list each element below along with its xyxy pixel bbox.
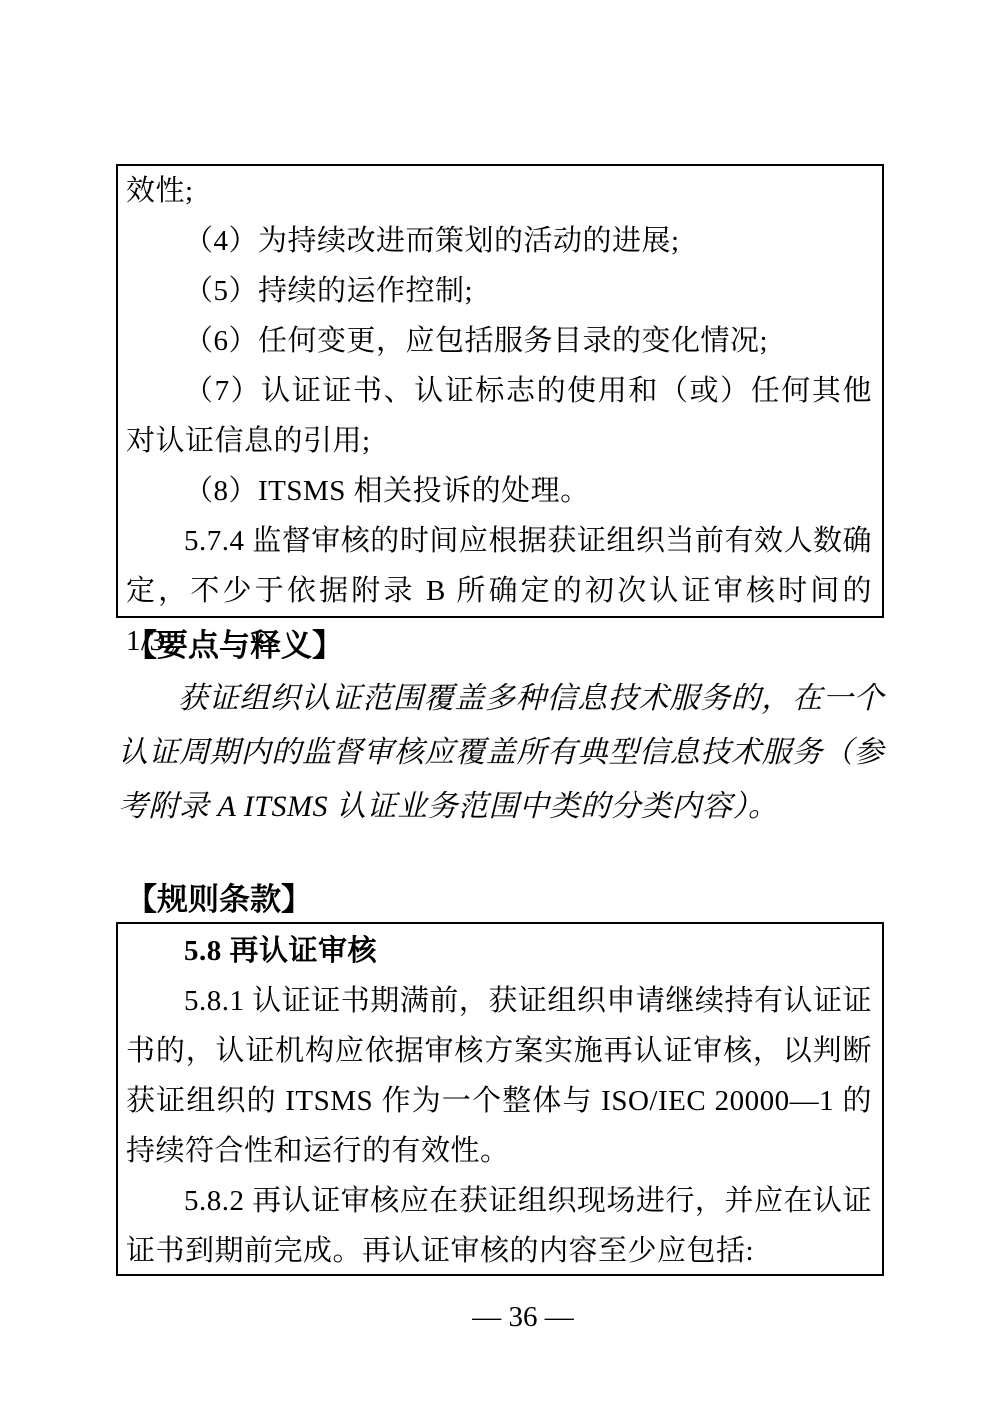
- rule-clause-box-5-7: 效性; （4）为持续改进而策划的活动的进展; （5）持续的运作控制; （6）任何…: [116, 164, 884, 618]
- clause-5-8-1: 5.8.1 认证证书期满前，获证组织申请继续持有认证证书的，认证机构应依据审核方…: [126, 976, 872, 1176]
- clause-item-5: （5）持续的运作控制;: [126, 266, 872, 316]
- subsection-title-5-8: 5.8 再认证审核: [126, 926, 872, 976]
- explanation-paragraph: 获证组织认证范围覆盖多种信息技术服务的，在一个认证周期内的监督审核应覆盖所有典型…: [118, 672, 884, 834]
- page-number: — 36 —: [23, 1300, 1000, 1334]
- section-heading-key-points: 【要点与释义】: [126, 628, 343, 664]
- clause-item-8: （8）ITSMS 相关投诉的处理。: [126, 466, 872, 516]
- clause-item-7: （7）认证证书、认证标志的使用和（或）任何其他对认证信息的引用;: [126, 366, 872, 466]
- document-page: 效性; （4）为持续改进而策划的活动的进展; （5）持续的运作控制; （6）任何…: [0, 0, 1000, 1414]
- section-heading-rule-clause: 【规则条款】: [126, 882, 312, 918]
- rule-clause-box-5-8: 5.8 再认证审核 5.8.1 认证证书期满前，获证组织申请继续持有认证证书的，…: [116, 922, 884, 1276]
- clause-5-8-2: 5.8.2 再认证审核应在获证组织现场进行，并应在认证证书到期前完成。再认证审核…: [126, 1176, 872, 1276]
- clause-item-4: （4）为持续改进而策划的活动的进展;: [126, 216, 872, 266]
- clause-item-6: （6）任何变更，应包括服务目录的变化情况;: [126, 316, 872, 366]
- clause-continuation-line: 效性;: [126, 166, 872, 216]
